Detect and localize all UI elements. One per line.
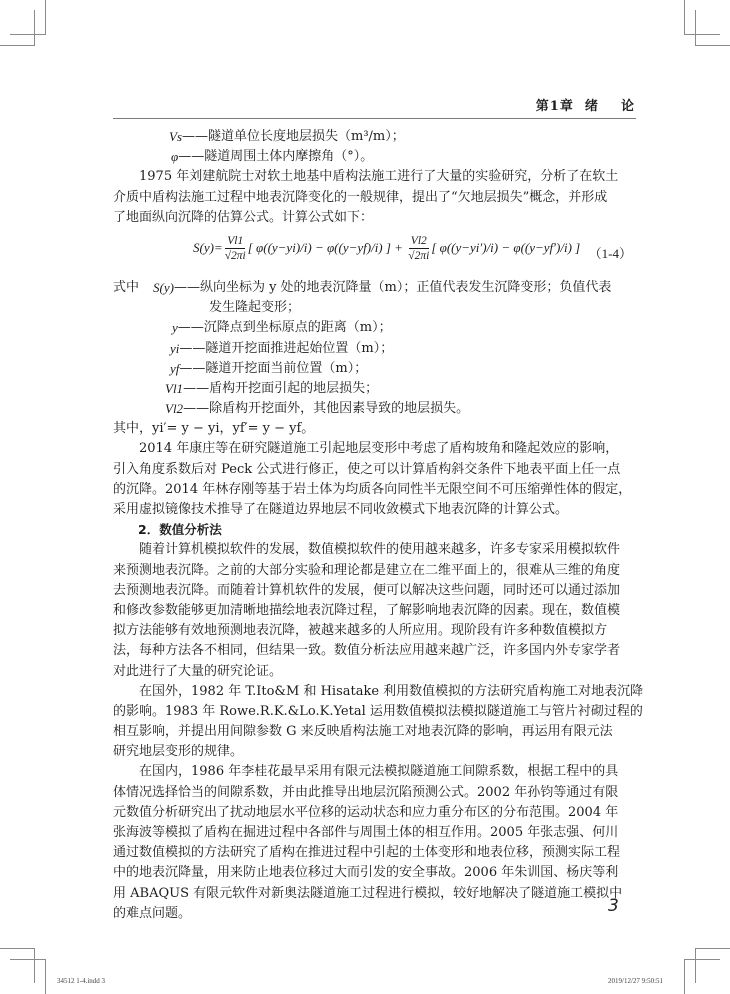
definition-yi: yi ——隧道开挖面推进起始位置（m）； [113,339,636,359]
paragraph-abroad: 在国外，1982 年 T.Ito&M 和 Hisatake 利用数值模拟的方法研… [113,682,636,763]
text-line: 去预测地表沉降。而随着计算机软件的发展，便可以解决这些问题，同时还可以通过添加 [113,581,636,601]
header-rule [113,118,636,119]
text-line: 引入角度系数后对 Peck 公式进行修正，使之可以计算盾构斜交条件下地表平面上任… [113,460,636,480]
definition-symbol: Vl2 [165,399,183,419]
crop-mark-tr-h2 [695,45,730,46]
definition-text: ——沉降点到坐标原点的距离（m）； [178,318,392,338]
text-line: 采用虚拟镜像技术推导了在隧道边界地层不同收敛模式下地表沉降的计算公式。 [113,500,636,520]
text-line: 介质中盾构法施工过程中地表沉降变化的一般规律，提出了“欠地层损失”概念，并形成 [113,188,636,208]
definition-vl2: Vl2 ——除盾构开挖面外，其他因素导致的地层损失。 [113,399,636,419]
paragraph-domestic: 在国内，1986 年李桂花最早采用有限元法模拟隧道施工间隙系数，根据工程中的具 … [113,762,636,924]
definition-text: ——隧道单位长度地层损失（m³/m）； [182,127,405,147]
text-line: 的难点问题。 [113,904,636,924]
text-line: 研究地层变形的规律。 [113,742,636,762]
text-line: 通过数值模拟的方法研究了盾构在推进过程中引起的土体变形和地表位移，预测实际工程 [113,843,636,863]
definition-symbol: S(y) [153,278,174,298]
page-body: Vs ——隧道单位长度地层损失（m³/m）； φ ——隧道周围土体内摩擦角（°）… [113,127,636,924]
section-heading-numerical-analysis: 2．数值分析法 [113,520,636,540]
text-line: 来预测地表沉降。之前的大部分实验和理论都是建立在二维平面上的，很难从三维的角度 [113,561,636,581]
formula-1-4: S(y)= Vl1 √2πi [ φ((y−yi)/i) − φ((y−yf)/… [113,230,636,274]
text-line: 1975 年刘建航院士对软土地基中盾构法施工进行了大量的实验研究，分析了在软土 [113,167,636,187]
definition-vs: Vs ——隧道单位长度地层损失（m³/m）； [113,127,636,147]
crop-mark-tl-h1 [10,34,46,35]
text-line: 在国外，1982 年 T.Ito&M 和 Hisatake 利用数值模拟的方法研… [113,682,636,702]
page-number: 3 [608,896,619,916]
fraction-numerator: Vl2 [409,234,429,249]
fraction-numerator: Vl1 [225,234,245,249]
definition-text: ——纵向坐标为 y 处的地表沉降量（m）；正值代表发生沉降变形；负值代表 [174,278,611,298]
definition-phi: φ ——隧道周围土体内摩擦角（°）。 [113,147,636,167]
crop-mark-br-h1 [695,948,730,949]
definition-vl1: Vl1 ——盾构开挖面引起的地层损失； [113,379,636,399]
definition-text: ——隧道开挖面当前位置（m）； [179,359,367,379]
fraction-term2: Vl2 √2πi [408,234,429,263]
definition-text: ——除盾构开挖面外，其他因素导致的地层损失。 [183,399,469,419]
crop-mark-tr-h1 [684,34,720,35]
definition-s: 式中 S(y) ——纵向坐标为 y 处的地表沉降量（m）；正值代表发生沉降变形；… [113,278,636,298]
text-line: 的影响。1983 年 Rowe.R.K.&Lo.K.Yetal 运用数值模拟法模… [113,702,636,722]
text-line: 2014 年康庄等在研究隧道施工引起地层变形中考虑了盾构坡角和隆起效应的影响， [113,439,636,459]
fraction-denominator: √2πi [225,249,246,263]
definition-symbol: yf [170,359,179,379]
footer-timestamp: 2019/12/27 9:50:51 [608,977,663,985]
crop-mark-tr-v1 [684,0,685,35]
crop-mark-tl-v1 [45,0,46,35]
fraction-denominator: √2πi [408,249,429,263]
definitions-list: 式中 S(y) ——纵向坐标为 y 处的地表沉降量（m）；正值代表发生沉降变形；… [113,278,636,419]
formula-expression: S(y)= Vl1 √2πi [ φ((y−yi)/i) − φ((y−yf)/… [193,234,580,263]
text-line: 对此进行了大量的研究论证。 [113,662,636,682]
crop-mark-br-v2 [684,959,685,994]
formula-plus: + [395,238,402,258]
crop-mark-tl-h2 [0,45,35,46]
crop-mark-bl-h1 [0,948,35,949]
paragraph-numerical-sim: 随着计算机模拟软件的发展，数值模拟软件的使用越来越多，许多专家采用模拟软件 来预… [113,540,636,681]
crop-mark-tl-v2 [34,10,35,45]
crop-mark-tr-v2 [695,10,696,45]
text-line: 张海波等模拟了盾构在掘进过程中各部件与周围土体的相互作用。2005 年张志强、何… [113,823,636,843]
crop-mark-bl-v1 [34,948,35,983]
formula-lhs: S(y)= [193,238,223,258]
paragraph-liu-1975: 1975 年刘建航院士对软土地基中盾构法施工进行了大量的实验研究，分析了在软土 … [113,167,636,228]
equation-number: （1-4） [589,244,632,264]
text-line: 了地面纵向沉降的估算公式。计算公式如下： [113,208,636,228]
fraction-term1: Vl1 √2πi [225,234,246,263]
text-line: 在国内，1986 年李桂花最早采用有限元法模拟隧道施工间隙系数，根据工程中的具 [113,762,636,782]
text-line: 法，每种方法各不相同，但结果一致。数值分析法应用越来越广泛，许多国内外专家学者 [113,641,636,661]
definition-text: ——隧道开挖面推进起始位置（m）； [179,339,393,359]
crop-mark-br-v1 [695,948,696,983]
text-line: 元数值分析研究出了扰动地层水平位移的运动状态和应力重分布区的分布范围。2004 … [113,803,636,823]
text-line: 的沉降。2014 年林存刚等基于岩土体为均质各向同性半无限空间不可压缩弹性体的假… [113,480,636,500]
definition-yf: yf ——隧道开挖面当前位置（m）； [113,359,636,379]
definition-text: ——盾构开挖面引起的地层损失； [183,379,378,399]
where-note: 其中，yi′= y − yi，yf′= y − yf。 [113,419,636,439]
definition-symbol: yi [170,339,179,359]
definition-symbol: Vs [169,127,182,147]
definition-text: ——隧道周围土体内摩擦角（°）。 [178,147,373,167]
definition-y: y ——沉降点到坐标原点的距离（m）； [113,318,636,338]
chapter-header: 第1章 绪 论 [536,95,635,114]
definition-symbol: φ [171,147,178,167]
text-line: 相互影响，并提出用间隙参数 G 来反映盾构法施工对地表沉降的影响，再运用有限元法 [113,722,636,742]
formula-bracket2: [ φ((y−yi′)/i) − φ((y−yf′)/i) ] [431,238,580,258]
footer-filename: 34512 1-4.indd 3 [57,977,105,985]
formula-bracket1: [ φ((y−yi)/i) − φ((y−yf)/i) ] [248,238,391,258]
definition-continuation: 发生隆起变形； [113,298,636,318]
text-line: 和修改参数能够更加清晰地描绘地表沉降过程，了解影响地表沉降的因素。现在，数值模 [113,601,636,621]
text-line: 体情况选择恰当的间隙系数，并由此推导出地层沉陷预测公式。2002 年孙钧等通过有… [113,783,636,803]
paragraph-kang-2014: 2014 年康庄等在研究隧道施工引起地层变形中考虑了盾构坡角和隆起效应的影响， … [113,439,636,520]
crop-mark-bl-v2 [45,959,46,994]
crop-mark-bl-h2 [10,959,46,960]
where-label: 式中 [113,278,139,298]
text-line: 随着计算机模拟软件的发展，数值模拟软件的使用越来越多，许多专家采用模拟软件 [113,540,636,560]
text-line: 拟方法能够有效地预测地表沉降，被越来越多的人所应用。现阶段有许多种数值模拟方 [113,621,636,641]
crop-mark-br-h2 [684,959,720,960]
text-line: 用 ABAQUS 有限元软件对新奥法隧道施工过程进行模拟，较好地解决了隧道施工模… [113,884,636,904]
text-line: 中的地表沉降量，用来防止地表位移过大而引发的安全事故。2006 年朱训国、杨庆等… [113,863,636,883]
definition-symbol: Vl1 [165,379,183,399]
